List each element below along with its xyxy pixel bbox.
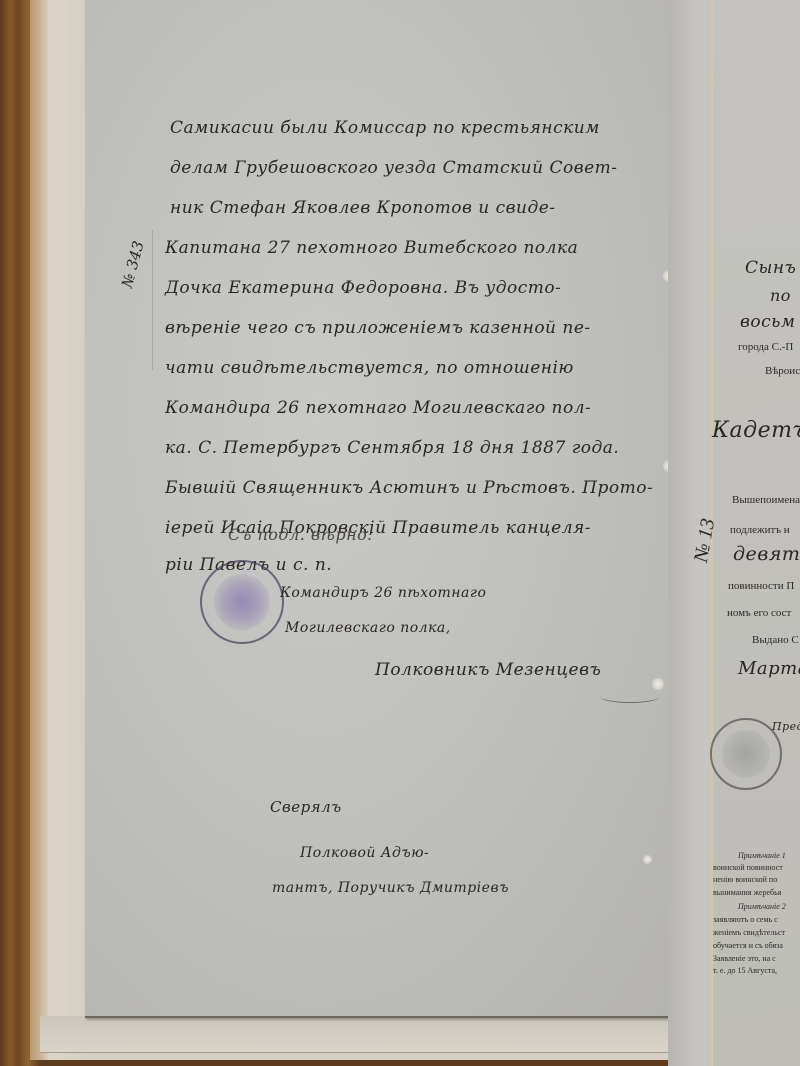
form-note-3: ненію воинской по (713, 875, 777, 884)
body-line-8: Командира 26 пехотнаго Могилевскаго пол- (165, 398, 591, 418)
form-note-4: вынимания жеребья (713, 888, 781, 897)
body-line-5: Дочка Екатерина Федоровна. Въ удосто- (165, 278, 561, 298)
seal-eagle-emblem (214, 574, 270, 630)
margin-rule (152, 230, 153, 370)
form-note-5: Примѣчаніе 2 (738, 902, 786, 911)
form-line-9: девят (733, 543, 800, 565)
form-seal (710, 718, 782, 790)
form-note-7: женіемъ свидѣтельст (713, 928, 785, 937)
body-line-9: ка. С. Петербургъ Сентября 18 дня 1887 г… (165, 438, 619, 458)
form-line-8: подлежитъ н (730, 524, 790, 536)
form-line-2: по (770, 286, 791, 305)
form-note-10: т. е. до 15 Августа, (713, 966, 777, 975)
form-note-9: Заявленіе это, на с (713, 954, 776, 963)
body-line-6: вѣреніе чего съ приложеніемъ казенной пе… (165, 318, 591, 338)
body-line-1: Самикасии были Комиссар по крестьянским (170, 118, 600, 138)
form-line-6: Кадетъ (712, 418, 800, 443)
form-line-12: Выдано С (752, 634, 799, 646)
body-line-4: Капитана 27 пехотного Витебского полка (165, 238, 578, 258)
underlying-sheet-bottom-edge (40, 1016, 690, 1053)
verification-line-1: Полковой Адъю- (300, 845, 429, 861)
binding-hole (643, 855, 652, 864)
form-note-6: заявляютъ о семь с (713, 915, 778, 924)
form-line-13: Марта (738, 658, 800, 679)
form-note-1: Примѣчаніе 1 (738, 851, 786, 860)
form-line-14: Предс (772, 720, 800, 733)
verification-line-2: тантъ, Поручикъ Дмитріевъ (272, 880, 509, 896)
form-line-5: Вѣроис (765, 365, 800, 377)
verification-heading: Сверялъ (270, 798, 342, 816)
attestation-title-line-2: Могилевскаго полка, (285, 620, 451, 636)
body-line-10: Бывшій Священникъ Асютинъ и Рѣстовъ. Про… (165, 478, 653, 498)
form-line-3: восьм (740, 312, 796, 332)
commander-signature: Полковникъ Мезенцевъ (375, 660, 601, 680)
form-line-1: Сынъ п (745, 258, 800, 278)
form-line-10: повинности П (728, 580, 794, 592)
attestation-title-line-1: Командиръ 26 пѣхотнаго (280, 585, 486, 601)
form-seal-emblem (722, 730, 770, 778)
attestation-heading: Съ подл. вѣрно: (228, 525, 373, 544)
signature-flourish (600, 690, 660, 703)
form-line-4: города С.-П (738, 341, 793, 353)
form-line-7: Вышепоимена (732, 494, 800, 506)
body-line-7: чати свидѣтельствуется, по отношенію (165, 358, 574, 378)
form-note-8: обучается и съ обяза (713, 941, 783, 950)
regimental-seal (200, 560, 284, 644)
binding-hole (652, 678, 664, 690)
main-handwritten-page (85, 0, 668, 1018)
form-note-2: воинской повинност (713, 863, 783, 872)
sheet-edge-stain (30, 0, 48, 1060)
body-line-3: ник Стефан Яковлев Кропотов и свиде- (170, 198, 556, 218)
body-line-2: делам Грубешовского уезда Статский Совет… (170, 158, 618, 178)
form-line-11: номъ его сост (727, 607, 791, 619)
